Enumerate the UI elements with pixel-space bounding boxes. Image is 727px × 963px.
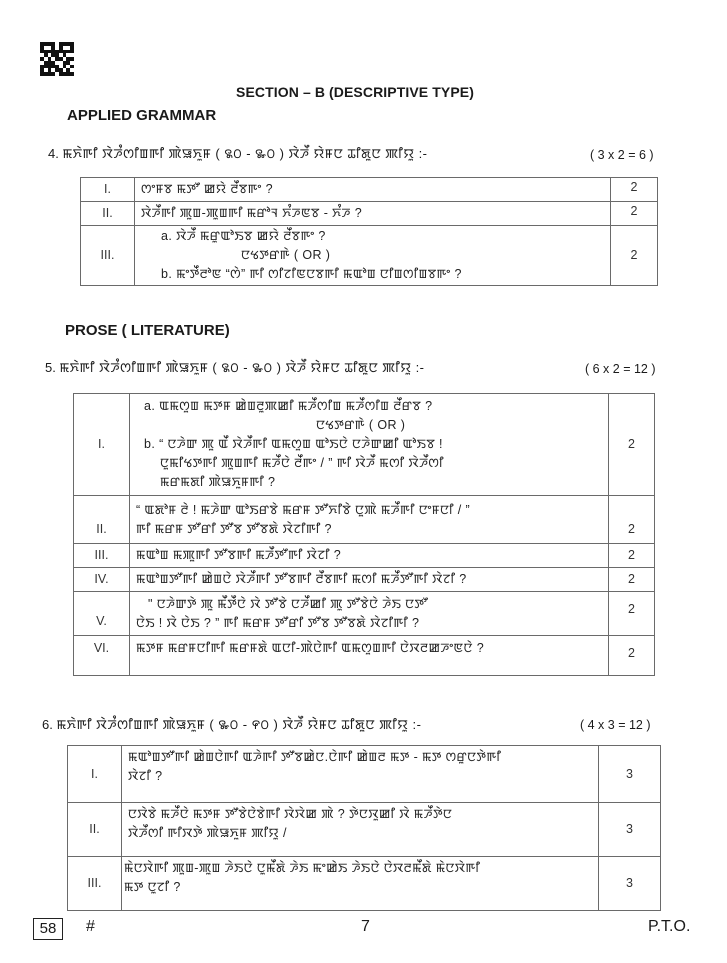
table-row: I. ꯃꯑꯣꯡꯇꯧꯒꯤ ꯀꯥꯡꯅꯥꯒꯤ ꯑꯍꯥꯒꯤ ꯇꯧꯕꯀꯥꯅ.ꯅꯥꯒꯤ ꯀꯥ… (68, 746, 661, 803)
question-line: ꯃꯇ ꯅꯨꯖꯤ ? (124, 878, 592, 897)
question-4-marks: ( 3 x 2 = 6 ) (590, 148, 654, 162)
row-number: V. (74, 592, 130, 636)
question-5-table: I. a. ꯑꯃꯁꯨꯡ ꯃꯇꯝ ꯀꯥꯡꯂꯨꯄꯀꯤ ꯃꯍꯩꯁꯤꯡ ꯃꯍꯩꯁꯤꯡ ꯂ… (73, 393, 655, 676)
question-5-marks: ( 6 x 2 = 12 ) (585, 362, 656, 376)
question-5-prompt: 5. ꯃꯈꯥꯒꯤ ꯋꯥꯍꯪꯁꯤꯡꯒꯤ ꯄꯥꯎꯈꯨꯝ ( ꯲꯰ - ꯳꯰ ) ꯋꯥ… (45, 359, 425, 377)
row-number: II. (74, 496, 130, 544)
hash-mark: # (86, 918, 95, 936)
row-question: ꯃꯇꯝ ꯃꯔꯝꯅꯤꯒꯤ ꯃꯔꯝꯗꯥ ꯑꯅꯤ-ꯄꯥꯅꯥꯒꯤ ꯑꯃꯁꯨꯡꯒꯤ ꯅꯥꯋ… (130, 636, 609, 676)
table-row: VI. ꯃꯇꯝ ꯃꯔꯝꯅꯤꯒꯤ ꯃꯔꯝꯗꯥ ꯑꯅꯤ-ꯄꯥꯅꯥꯒꯤ ꯑꯃꯁꯨꯡꯒꯤ… (74, 636, 655, 676)
question-text: ꯃꯈꯥꯒꯤ ꯋꯥꯍꯪꯁꯤꯡꯒꯤ ꯄꯥꯎꯈꯨꯝ ( ꯲꯰ - ꯳꯰ ) ꯋꯥꯍꯩ … (62, 146, 427, 161)
row-number: VI. (74, 636, 130, 676)
question-line: ꯒꯤ ꯃꯔꯝ ꯇꯧꯔꯤ ꯇꯧꯕ ꯇꯧꯕꯗꯥ ꯋꯥꯖꯤꯒꯤ ? (136, 520, 602, 539)
option-b: b. ꯃꯦꯇꯩꯂꯣꯟ “ꯁꯥ” ꯒꯤ ꯁꯤꯖꯤꯟꯅꯕꯒꯤ ꯃꯑꯣꯡ ꯅꯤꯡꯁꯤꯡ… (141, 265, 604, 284)
row-question: " ꯅꯍꯥꯛꯇꯥ ꯄꯨ ꯃꯩꯇꯩꯅꯥ ꯋꯥ ꯇꯧꯕꯥ ꯅꯍꯩꯀꯤ ꯄꯨ ꯇꯧꯕꯥ… (130, 592, 609, 636)
prose-heading: PROSE ( LITERATURE) (65, 322, 230, 339)
row-marks: 2 (611, 178, 658, 202)
row-marks: 2 (609, 394, 655, 496)
row-marks: 2 (609, 636, 655, 676)
option-b-cont: ꯃꯔꯃꯗꯤ ꯄꯥꯎꯈꯨꯝꯒꯤ ? (136, 473, 602, 492)
row-marks: 2 (611, 202, 658, 226)
section-title: SECTION – B (DESCRIPTIVE TYPE) (0, 84, 710, 100)
table-row: I. a. ꯑꯃꯁꯨꯡ ꯃꯇꯝ ꯀꯥꯡꯂꯨꯄꯀꯤ ꯃꯍꯩꯁꯤꯡ ꯃꯍꯩꯁꯤꯡ ꯂ… (74, 394, 655, 496)
row-marks: 3 (599, 803, 661, 857)
row-marks: 3 (599, 746, 661, 803)
question-line: " ꯅꯍꯥꯛꯇꯥ ꯄꯨ ꯃꯩꯇꯩꯅꯥ ꯋꯥ ꯇꯧꯕꯥ ꯅꯍꯩꯀꯤ ꯄꯨ ꯇꯧꯕꯥ… (136, 595, 602, 614)
row-number: I. (68, 746, 122, 803)
row-question: ꯃꯑꯣꯡ ꯃꯄꯨꯒꯤ ꯇꯧꯕꯒꯤ ꯃꯍꯩꯇꯧꯒꯤ ꯋꯥꯖꯤ ? (130, 544, 609, 568)
row-marks: 2 (609, 496, 655, 544)
question-4-prompt: 4. ꯃꯈꯥꯒꯤ ꯋꯥꯍꯪꯁꯤꯡꯒꯤ ꯄꯥꯎꯈꯨꯝ ( ꯲꯰ - ꯳꯰ ) ꯋꯥ… (48, 145, 428, 163)
question-4-table: I. ꯁꯦꯝꯕ ꯃꯇꯧ ꯀꯌꯥ ꯂꯩꯕꯒꯦ ? 2 II. ꯋꯥꯍꯩꯒꯤ ꯄꯨꯡ… (80, 177, 658, 286)
option-a: a. ꯋꯥꯍꯩ ꯃꯔꯨꯑꯣꯏꯕ ꯀꯌꯥ ꯂꯩꯕꯒꯦ ? (141, 227, 604, 246)
option-b: b. “ ꯅꯍꯥꯛ ꯄꯨ ꯑꯩ ꯋꯥꯍꯩꯒꯤ ꯑꯃꯁꯨꯡ ꯑꯣꯏꯅꯥ ꯅꯍꯥꯛꯀ… (136, 435, 602, 454)
row-question: a. ꯑꯃꯁꯨꯡ ꯃꯇꯝ ꯀꯥꯡꯂꯨꯄꯀꯤ ꯃꯍꯩꯁꯤꯡ ꯃꯍꯩꯁꯤꯡ ꯂꯩꯔꯕ… (130, 394, 609, 496)
option-a: a. ꯑꯃꯁꯨꯡ ꯃꯇꯝ ꯀꯥꯡꯂꯨꯄꯀꯤ ꯃꯍꯩꯁꯤꯡ ꯃꯍꯩꯁꯤꯡ ꯂꯩꯔꯕ… (136, 397, 602, 416)
table-row: III. a. ꯋꯥꯍꯩ ꯃꯔꯨꯑꯣꯏꯕ ꯀꯌꯥ ꯂꯩꯕꯒꯦ ? ꯅꯠꯇꯔꯒꯥ … (81, 226, 658, 286)
table-row: III. ꯃꯑꯣꯡ ꯃꯄꯨꯒꯤ ꯇꯧꯕꯒꯤ ꯃꯍꯩꯇꯧꯒꯤ ꯋꯥꯖꯤ ? 2 (74, 544, 655, 568)
row-marks: 2 (609, 592, 655, 636)
question-number: 4. (48, 146, 59, 161)
row-question: ꯃꯑꯣꯡꯇꯧꯒꯤ ꯀꯥꯡꯅꯥꯒꯤ ꯑꯍꯥꯒꯤ ꯇꯧꯕꯀꯥꯅ.ꯅꯥꯒꯤ ꯀꯥꯡꯂ … (122, 746, 599, 803)
question-6-prompt: 6. ꯃꯈꯥꯒꯤ ꯋꯥꯍꯪꯁꯤꯡꯒꯤ ꯄꯥꯎꯈꯨꯝ ( ꯳꯰ - ꯵꯰ ) ꯋꯥ… (42, 716, 421, 734)
question-text: ꯃꯈꯥꯒꯤ ꯋꯥꯍꯪꯁꯤꯡꯒꯤ ꯄꯥꯎꯈꯨꯝ ( ꯳꯰ - ꯵꯰ ) ꯋꯥꯍꯩ … (56, 717, 421, 732)
row-question: ꯁꯦꯝꯕ ꯃꯇꯧ ꯀꯌꯥ ꯂꯩꯕꯒꯦ ? (135, 178, 611, 202)
row-marks: 2 (609, 568, 655, 592)
pto-label: P.T.O. (648, 918, 690, 936)
or-separator: ꯅꯠꯇꯔꯒꯥ ( OR ) (136, 416, 602, 435)
table-row: II. ꯅꯋꯥꯕꯥ ꯃꯍꯩꯅꯥ ꯃꯇꯝ ꯇꯧꯕꯥꯅꯥꯕꯥꯒꯤ ꯋꯥꯋꯥꯀ ꯄꯥ … (68, 803, 661, 857)
row-number: I. (74, 394, 130, 496)
row-number: III. (81, 226, 135, 286)
table-row: II. ꯋꯥꯍꯩꯒꯤ ꯄꯨꯡ-ꯄꯨꯡꯒꯤ ꯃꯔꯣꯜ ꯈꯪꯍꯟꯕ - ꯈꯪꯍ ? … (81, 202, 658, 226)
row-question: ꯋꯥꯍꯩꯒꯤ ꯄꯨꯡ-ꯄꯨꯡꯒꯤ ꯃꯔꯣꯜ ꯈꯪꯍꯟꯕ - ꯈꯪꯍ ? (135, 202, 611, 226)
row-number: II. (68, 803, 122, 857)
table-row: III. ꯃꯥꯅꯋꯥꯒꯤ ꯄꯨꯡ-ꯄꯨꯡ ꯍꯥꯏꯅꯥ ꯅꯨꯃꯩꯗꯥ ꯍꯥꯏ ꯃꯦ… (68, 857, 661, 911)
question-line: ꯋꯥꯖꯤ ? (128, 767, 592, 786)
table-row: I. ꯁꯦꯝꯕ ꯃꯇꯧ ꯀꯌꯥ ꯂꯩꯕꯒꯦ ? 2 (81, 178, 658, 202)
question-number: 6. (42, 717, 53, 732)
row-question: ꯅꯋꯥꯕꯥ ꯃꯍꯩꯅꯥ ꯃꯇꯝ ꯇꯧꯕꯥꯅꯥꯕꯥꯒꯤ ꯋꯥꯋꯥꯀ ꯄꯥ ? ꯇꯥ… (122, 803, 599, 857)
question-6-marks: ( 4 x 3 = 12 ) (580, 718, 651, 732)
question-line: ꯃꯥꯅꯋꯥꯒꯤ ꯄꯨꯡ-ꯄꯨꯡ ꯍꯥꯏꯅꯥ ꯅꯨꯃꯩꯗꯥ ꯍꯥꯏ ꯃꯦꯀꯥꯏ ꯍ… (124, 859, 592, 878)
page-number: 7 (361, 918, 370, 936)
or-separator: ꯅꯠꯇꯔꯒꯥ ( OR ) (141, 246, 604, 265)
table-row: IV. ꯃꯑꯣꯡꯇꯧꯒꯤ ꯀꯥꯡꯅꯥ ꯋꯥꯍꯩꯒꯤ ꯇꯧꯕꯒꯤ ꯂꯩꯕꯒꯤ ꯃꯁ… (74, 568, 655, 592)
option-b-cont: ꯅꯨꯃꯤꯠꯇꯒꯤ ꯄꯨꯡꯒꯤ ꯃꯍꯩꯅꯥ ꯂꯩꯒꯦ / ” ꯒꯤ ꯋꯥꯍꯩ ꯃꯁ… (136, 454, 602, 473)
question-line: ꯋꯥꯍꯩꯁꯤ ꯒꯤꯋꯇꯥ ꯄꯥꯎꯈꯨꯝ ꯄꯤꯌꯨ / (128, 824, 592, 843)
row-question: ꯃꯥꯅꯋꯥꯒꯤ ꯄꯨꯡ-ꯄꯨꯡ ꯍꯥꯏꯅꯥ ꯅꯨꯃꯩꯗꯥ ꯍꯥꯏ ꯃꯦꯀꯥꯏ ꯍ… (122, 857, 599, 911)
row-marks: 3 (599, 857, 661, 911)
question-6-table: I. ꯃꯑꯣꯡꯇꯧꯒꯤ ꯀꯥꯡꯅꯥꯒꯤ ꯑꯍꯥꯒꯤ ꯇꯧꯕꯀꯥꯅ.ꯅꯥꯒꯤ ꯀꯥ… (67, 745, 661, 911)
row-number: I. (81, 178, 135, 202)
row-number: III. (74, 544, 130, 568)
question-line: ꯃꯑꯣꯡꯇꯧꯒꯤ ꯀꯥꯡꯅꯥꯒꯤ ꯑꯍꯥꯒꯤ ꯇꯧꯕꯀꯥꯅ.ꯅꯥꯒꯤ ꯀꯥꯡꯂ … (128, 748, 592, 767)
table-row: V. " ꯅꯍꯥꯛꯇꯥ ꯄꯨ ꯃꯩꯇꯩꯅꯥ ꯋꯥ ꯇꯧꯕꯥ ꯅꯍꯩꯀꯤ ꯄꯨ ꯇ… (74, 592, 655, 636)
row-number: IV. (74, 568, 130, 592)
question-number: 5. (45, 360, 56, 375)
row-number: II. (81, 202, 135, 226)
row-question: ꯃꯑꯣꯡꯇꯧꯒꯤ ꯀꯥꯡꯅꯥ ꯋꯥꯍꯩꯒꯤ ꯇꯧꯕꯒꯤ ꯂꯩꯕꯒꯤ ꯃꯁꯤ ꯃꯍ… (130, 568, 609, 592)
row-marks: 2 (611, 226, 658, 286)
question-line: ꯅꯥꯏ ! ꯋꯥ ꯅꯥꯏ ? ” ꯒꯤ ꯃꯔꯝ ꯇꯧꯔꯤ ꯇꯧꯕ ꯇꯧꯕꯗꯥ ꯋ… (136, 614, 602, 633)
row-question: “ ꯑꯗꯣꯝ ꯂꯥ ! ꯃꯍꯥꯛ ꯑꯣꯏꯔꯕꯥ ꯃꯔꯝ ꯇꯧꯈꯤꯕꯥ ꯅꯨꯄꯥ … (130, 496, 609, 544)
qr-code (40, 42, 74, 76)
row-question: a. ꯋꯥꯍꯩ ꯃꯔꯨꯑꯣꯏꯕ ꯀꯌꯥ ꯂꯩꯕꯒꯦ ? ꯅꯠꯇꯔꯒꯥ ( OR … (135, 226, 611, 286)
applied-grammar-heading: APPLIED GRAMMAR (67, 107, 216, 124)
table-row: II. “ ꯑꯗꯣꯝ ꯂꯥ ! ꯃꯍꯥꯛ ꯑꯣꯏꯔꯕꯥ ꯃꯔꯝ ꯇꯧꯈꯤꯕꯥ ꯅ… (74, 496, 655, 544)
question-text: ꯃꯈꯥꯒꯤ ꯋꯥꯍꯪꯁꯤꯡꯒꯤ ꯄꯥꯎꯈꯨꯝ ( ꯲꯰ - ꯳꯰ ) ꯋꯥꯍꯩ … (59, 360, 424, 375)
row-marks: 2 (609, 544, 655, 568)
row-number: III. (68, 857, 122, 911)
question-line: “ ꯑꯗꯣꯝ ꯂꯥ ! ꯃꯍꯥꯛ ꯑꯣꯏꯔꯕꯥ ꯃꯔꯝ ꯇꯧꯈꯤꯕꯥ ꯅꯨꯄꯥ … (136, 501, 602, 520)
page-code-box: 58 (33, 918, 63, 940)
question-line: ꯅꯋꯥꯕꯥ ꯃꯍꯩꯅꯥ ꯃꯇꯝ ꯇꯧꯕꯥꯅꯥꯕꯥꯒꯤ ꯋꯥꯋꯥꯀ ꯄꯥ ? ꯇꯥ… (128, 805, 592, 824)
